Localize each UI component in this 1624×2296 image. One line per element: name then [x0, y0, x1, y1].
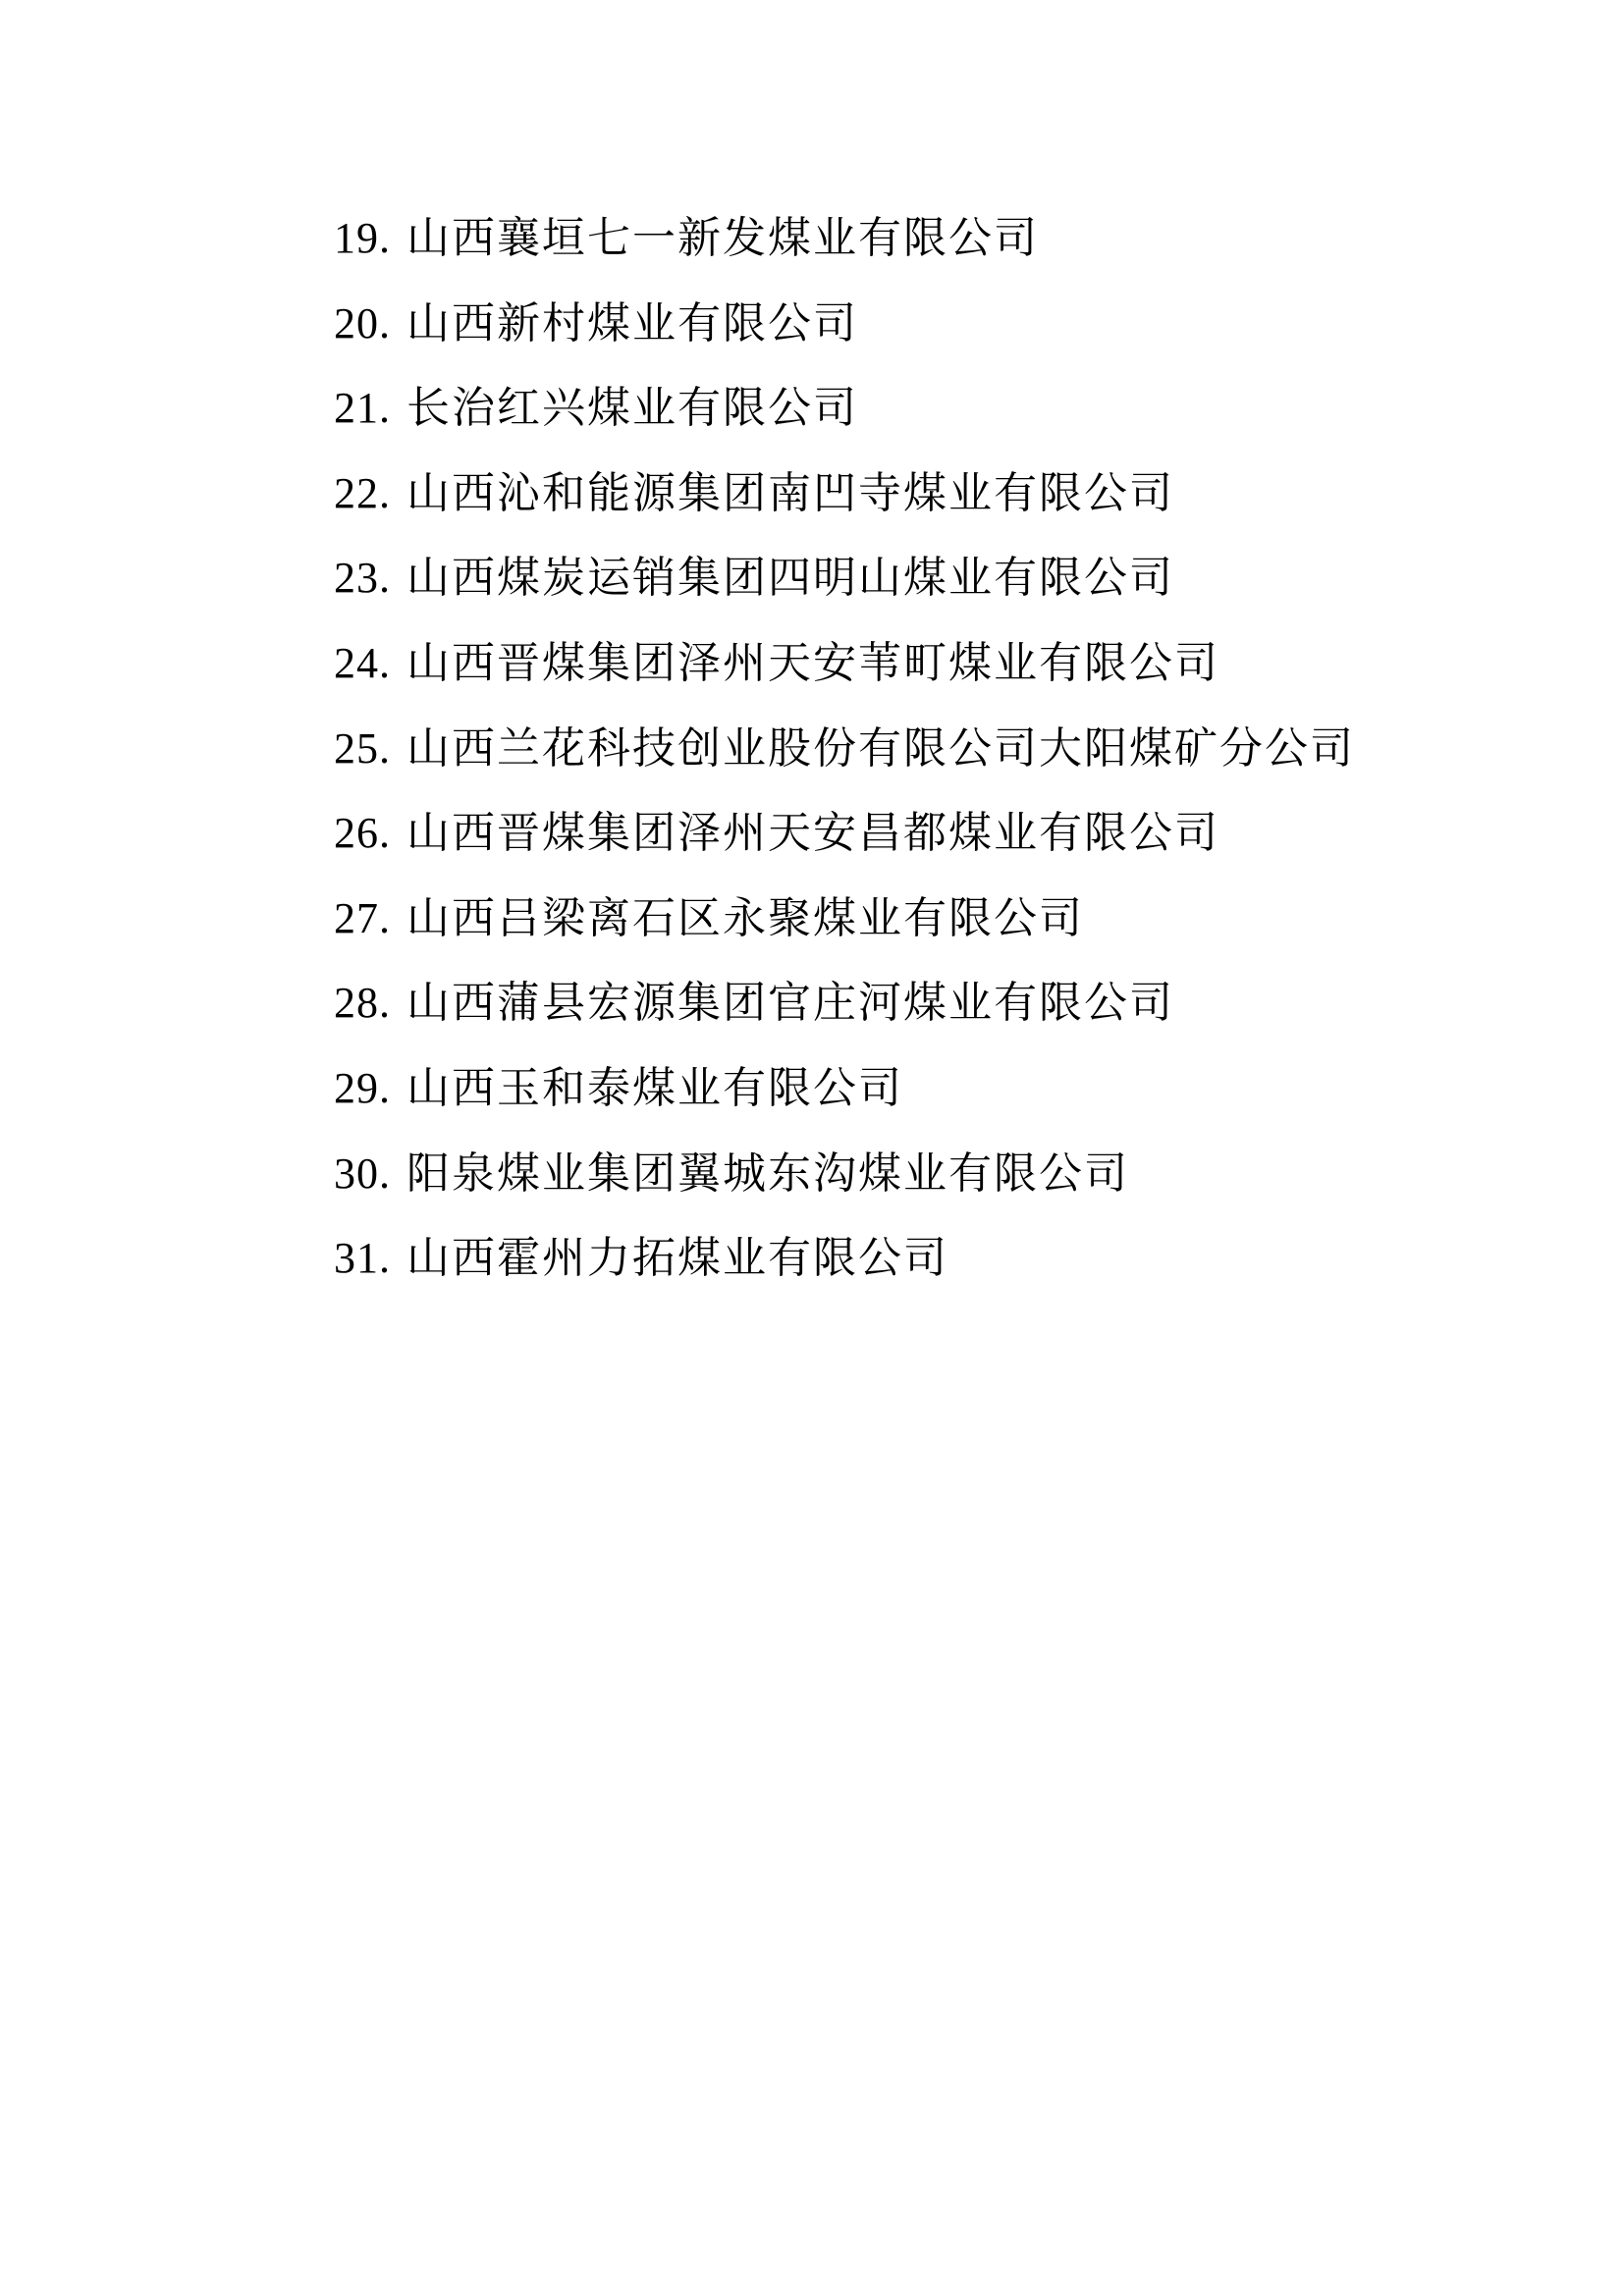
item-number: 27.	[334, 877, 391, 962]
list-item: 30.阳泉煤业集团翼城东沟煤业有限公司	[334, 1132, 1512, 1217]
list-item: 20.山西新村煤业有限公司	[334, 282, 1512, 367]
company-name: 山西襄垣七一新发煤业有限公司	[406, 196, 1039, 282]
company-name: 山西吕梁离石区永聚煤业有限公司	[406, 877, 1084, 962]
list-item: 22.山西沁和能源集团南凹寺煤业有限公司	[334, 452, 1512, 537]
list-item: 24.山西晋煤集团泽州天安苇町煤业有限公司	[334, 621, 1512, 707]
item-number: 29.	[334, 1046, 391, 1132]
item-number: 20.	[334, 282, 391, 367]
list-item: 25.山西兰花科技创业股份有限公司大阳煤矿分公司	[334, 707, 1512, 792]
company-name: 山西晋煤集团泽州天安昌都煤业有限公司	[406, 791, 1219, 877]
list-item: 26.山西晋煤集团泽州天安昌都煤业有限公司	[334, 791, 1512, 877]
list-item: 27.山西吕梁离石区永聚煤业有限公司	[334, 877, 1512, 962]
item-number: 22.	[334, 452, 391, 537]
list-item: 29.山西玉和泰煤业有限公司	[334, 1046, 1512, 1132]
item-number: 23.	[334, 536, 391, 621]
company-name: 山西蒲县宏源集团官庄河煤业有限公司	[406, 961, 1174, 1046]
item-number: 30.	[334, 1132, 391, 1217]
company-name: 山西新村煤业有限公司	[406, 282, 858, 367]
company-name: 长治红兴煤业有限公司	[406, 366, 858, 452]
company-name: 山西煤炭运销集团四明山煤业有限公司	[406, 536, 1174, 621]
company-name: 山西玉和泰煤业有限公司	[406, 1046, 903, 1132]
list-item: 21.长治红兴煤业有限公司	[334, 366, 1512, 452]
company-name: 山西兰花科技创业股份有限公司大阳煤矿分公司	[406, 707, 1355, 792]
company-name: 山西晋煤集团泽州天安苇町煤业有限公司	[406, 621, 1219, 707]
company-name: 阳泉煤业集团翼城东沟煤业有限公司	[406, 1132, 1129, 1217]
company-name: 山西霍州力拓煤业有限公司	[406, 1216, 948, 1302]
item-number: 24.	[334, 621, 391, 707]
item-number: 19.	[334, 196, 391, 282]
item-number: 26.	[334, 791, 391, 877]
company-name: 山西沁和能源集团南凹寺煤业有限公司	[406, 452, 1174, 537]
list-item: 31.山西霍州力拓煤业有限公司	[334, 1216, 1512, 1302]
list-item: 19.山西襄垣七一新发煤业有限公司	[334, 196, 1512, 282]
page-background: 19.山西襄垣七一新发煤业有限公司 20.山西新村煤业有限公司 21.长治红兴煤…	[0, 0, 1624, 2296]
document-page: { "document": { "background_color": "#ff…	[0, 0, 1624, 2296]
item-number: 25.	[334, 707, 391, 792]
list-item: 28.山西蒲县宏源集团官庄河煤业有限公司	[334, 961, 1512, 1046]
company-list: 19.山西襄垣七一新发煤业有限公司 20.山西新村煤业有限公司 21.长治红兴煤…	[334, 196, 1512, 1302]
item-number: 28.	[334, 961, 391, 1046]
item-number: 31.	[334, 1216, 391, 1302]
item-number: 21.	[334, 366, 391, 452]
list-item: 23.山西煤炭运销集团四明山煤业有限公司	[334, 536, 1512, 621]
